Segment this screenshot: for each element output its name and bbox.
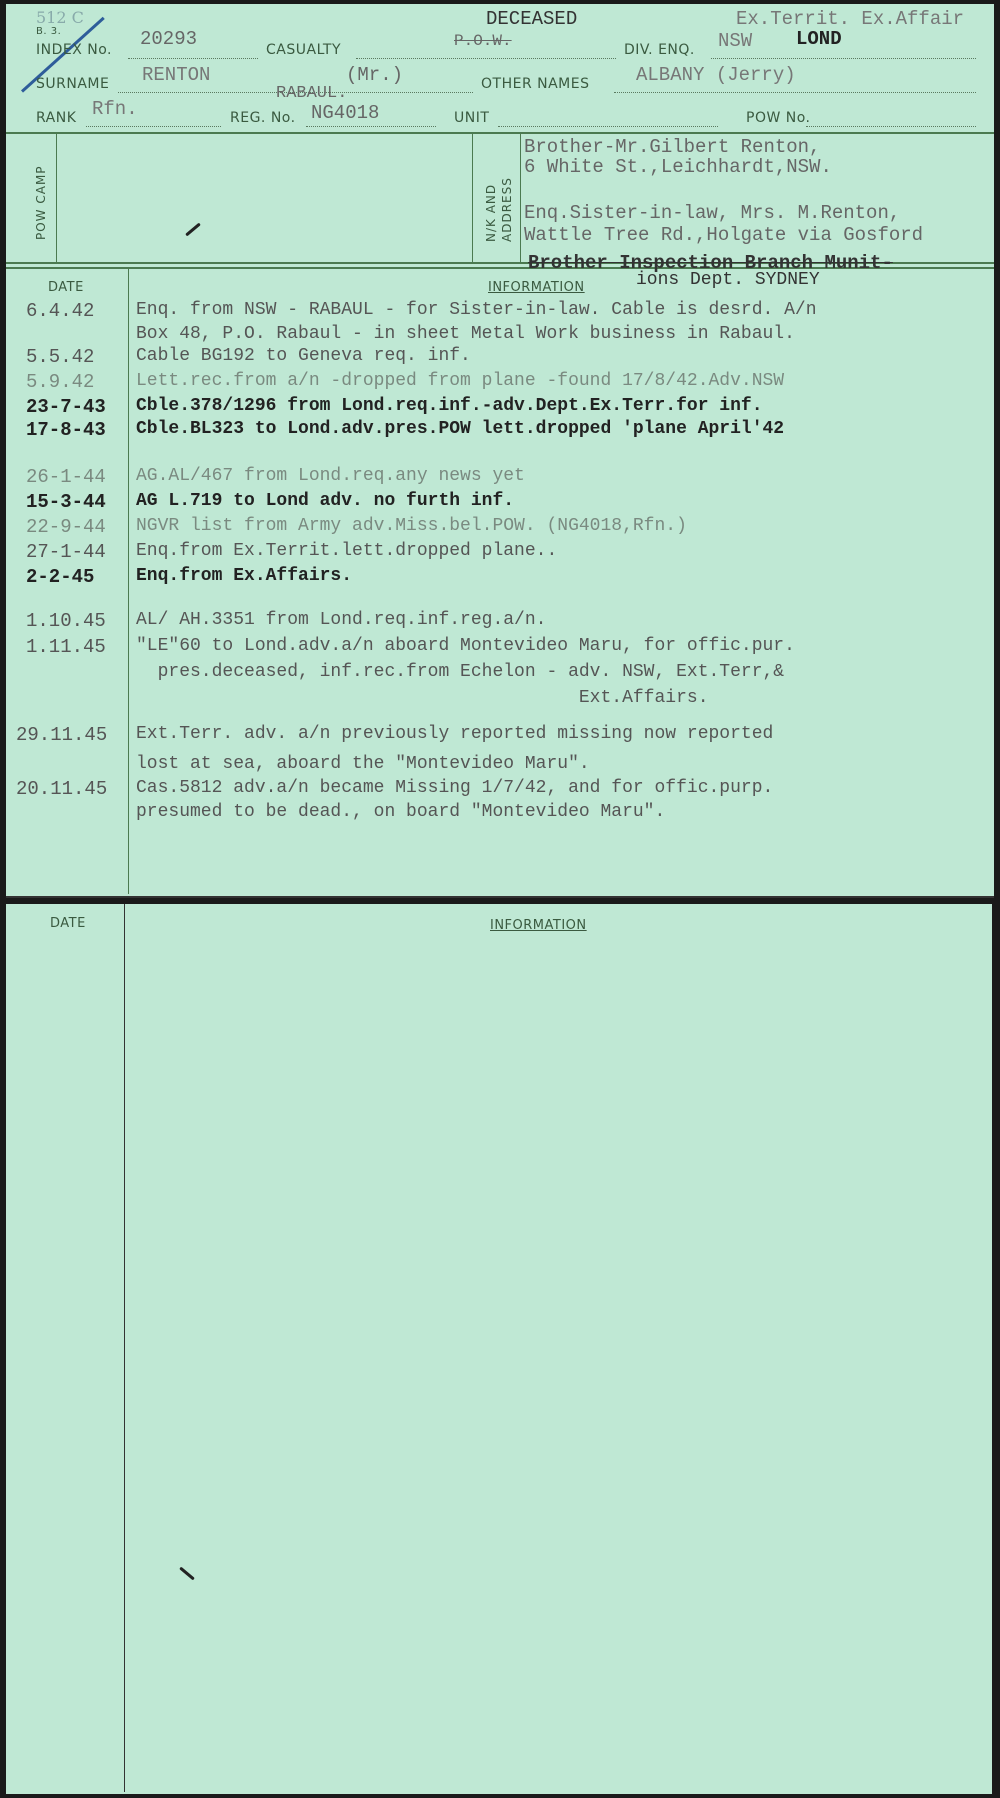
row-information: pres.deceased, inf.rec.from Echelon - ad… — [136, 662, 784, 682]
row-information: Enq.from Ex.Affairs. — [136, 566, 352, 586]
casualty-value[interactable]: DECEASED — [486, 8, 577, 30]
reg-no-above: RABAUL. — [276, 84, 347, 103]
div-enq-label: DIV. ENQ. — [624, 42, 695, 58]
row-date: 15-3-44 — [26, 491, 106, 513]
index-label: INDEX No. — [36, 42, 112, 58]
information-header: INFORMATION — [488, 280, 585, 295]
row-information: Cable BG192 to Geneva req. inf. — [136, 346, 471, 366]
unit-label: UNIT — [454, 110, 489, 126]
row-date: 22-9-44 — [26, 516, 106, 538]
row-information: Cble.378/1296 from Lond.req.inf.-adv.Dep… — [136, 396, 763, 416]
div-enq-value[interactable]: NSW — [718, 30, 752, 52]
row-date: 6.4.42 — [26, 300, 94, 322]
rank-label: RANK — [36, 110, 76, 126]
row-information: Enq. from NSW - RABAUL - for Sister-in-l… — [136, 300, 817, 320]
nk-line-1: Brother-Mr.Gilbert Renton, — [524, 136, 820, 158]
casualty-label: CASUALTY — [266, 42, 341, 58]
row-date: 17-8-43 — [26, 419, 106, 441]
row-date: 27-1-44 — [26, 541, 106, 563]
row-information: AG L.719 to Lond adv. no furth inf. — [136, 491, 514, 511]
row-information: Ext.Terr. adv. a/n previously reported m… — [136, 724, 773, 744]
other-names-value[interactable]: ALBANY (Jerry) — [636, 64, 796, 86]
row-information: Cble.BL323 to Lond.adv.pres.POW lett.dro… — [136, 419, 784, 439]
date-header: DATE — [48, 280, 84, 295]
pow-camp-label: POW CAMP — [34, 165, 48, 240]
row-information: Lett.rec.from a/n -dropped from plane -f… — [136, 371, 784, 391]
reg-no-label: REG. No. — [230, 110, 296, 126]
div-enq-extra: Ex.Territ. Ex.Affair — [736, 8, 964, 30]
nk-line-3: Enq.Sister-in-law, Mrs. M.Renton, — [524, 202, 900, 224]
index-value[interactable]: 20293 — [140, 28, 197, 50]
row-date: 1.10.45 — [26, 610, 106, 632]
row-date: 23-7-43 — [26, 396, 106, 418]
row-information: Ext.Affairs. — [136, 688, 709, 708]
casualty-struck-value: P.O.W. — [454, 32, 512, 50]
date-header-2: DATE — [50, 916, 86, 931]
nk-line-2: 6 White St.,Leichhardt,NSW. — [524, 156, 832, 178]
row-information: NGVR list from Army adv.Miss.bel.POW. (N… — [136, 516, 687, 536]
form-code: B. 3. — [36, 26, 61, 37]
pow-no-label: POW No. — [746, 110, 811, 126]
pen-mark-icon-2 — [179, 1567, 195, 1581]
row-date: 26-1-44 — [26, 466, 106, 488]
surname-label: SURNAME — [36, 76, 109, 92]
other-names-label: OTHER NAMES — [481, 76, 589, 92]
surname-value[interactable]: RENTON — [142, 64, 210, 86]
title-value[interactable]: (Mr.) — [346, 64, 403, 86]
row-date: 5.9.42 — [26, 371, 94, 393]
handwritten-note: 512 C — [36, 8, 84, 27]
row-information: lost at sea, aboard the "Montevideo Maru… — [136, 754, 590, 774]
rank-value[interactable]: Rfn. — [92, 98, 138, 120]
row-information: Box 48, P.O. Rabaul - in sheet Metal Wor… — [136, 324, 795, 344]
information-header-2: INFORMATION — [490, 918, 587, 933]
row-date: 1.11.45 — [26, 636, 106, 658]
row-date: 20.11.45 — [16, 778, 107, 800]
record-card-back: DATE INFORMATION — [6, 904, 992, 1794]
nk-continued-line: ions Dept. SYDNEY — [636, 270, 820, 290]
nk-line-4: Wattle Tree Rd.,Holgate via Gosford — [524, 224, 923, 246]
row-information: AL/ AH.3351 from Lond.req.inf.reg.a/n. — [136, 610, 546, 630]
row-information: AG.AL/467 from Lond.req.any news yet — [136, 466, 525, 486]
pen-mark-icon — [185, 223, 201, 237]
row-date: 2-2-45 — [26, 566, 94, 588]
row-date: 29.11.45 — [16, 724, 107, 746]
row-information: Enq.from Ex.Territ.lett.dropped plane.. — [136, 541, 557, 561]
reg-no-value[interactable]: NG4018 — [311, 102, 379, 124]
row-information: Cas.5812 adv.a/n became Missing 1/7/42, … — [136, 778, 773, 798]
row-information: "LE"60 to Lond.adv.a/n aboard Montevideo… — [136, 636, 795, 656]
nk-label-line1: N/K AND — [484, 184, 498, 242]
row-date: 5.5.42 — [26, 346, 94, 368]
div-enq-value-2[interactable]: LOND — [796, 28, 842, 50]
nk-label-line2: ADDRESS — [500, 177, 514, 242]
record-card-front: 512 C B. 3. INDEX No. 20293 CASUALTY P.O… — [6, 4, 994, 898]
row-information: presumed to be dead., on board "Montevid… — [136, 802, 665, 822]
